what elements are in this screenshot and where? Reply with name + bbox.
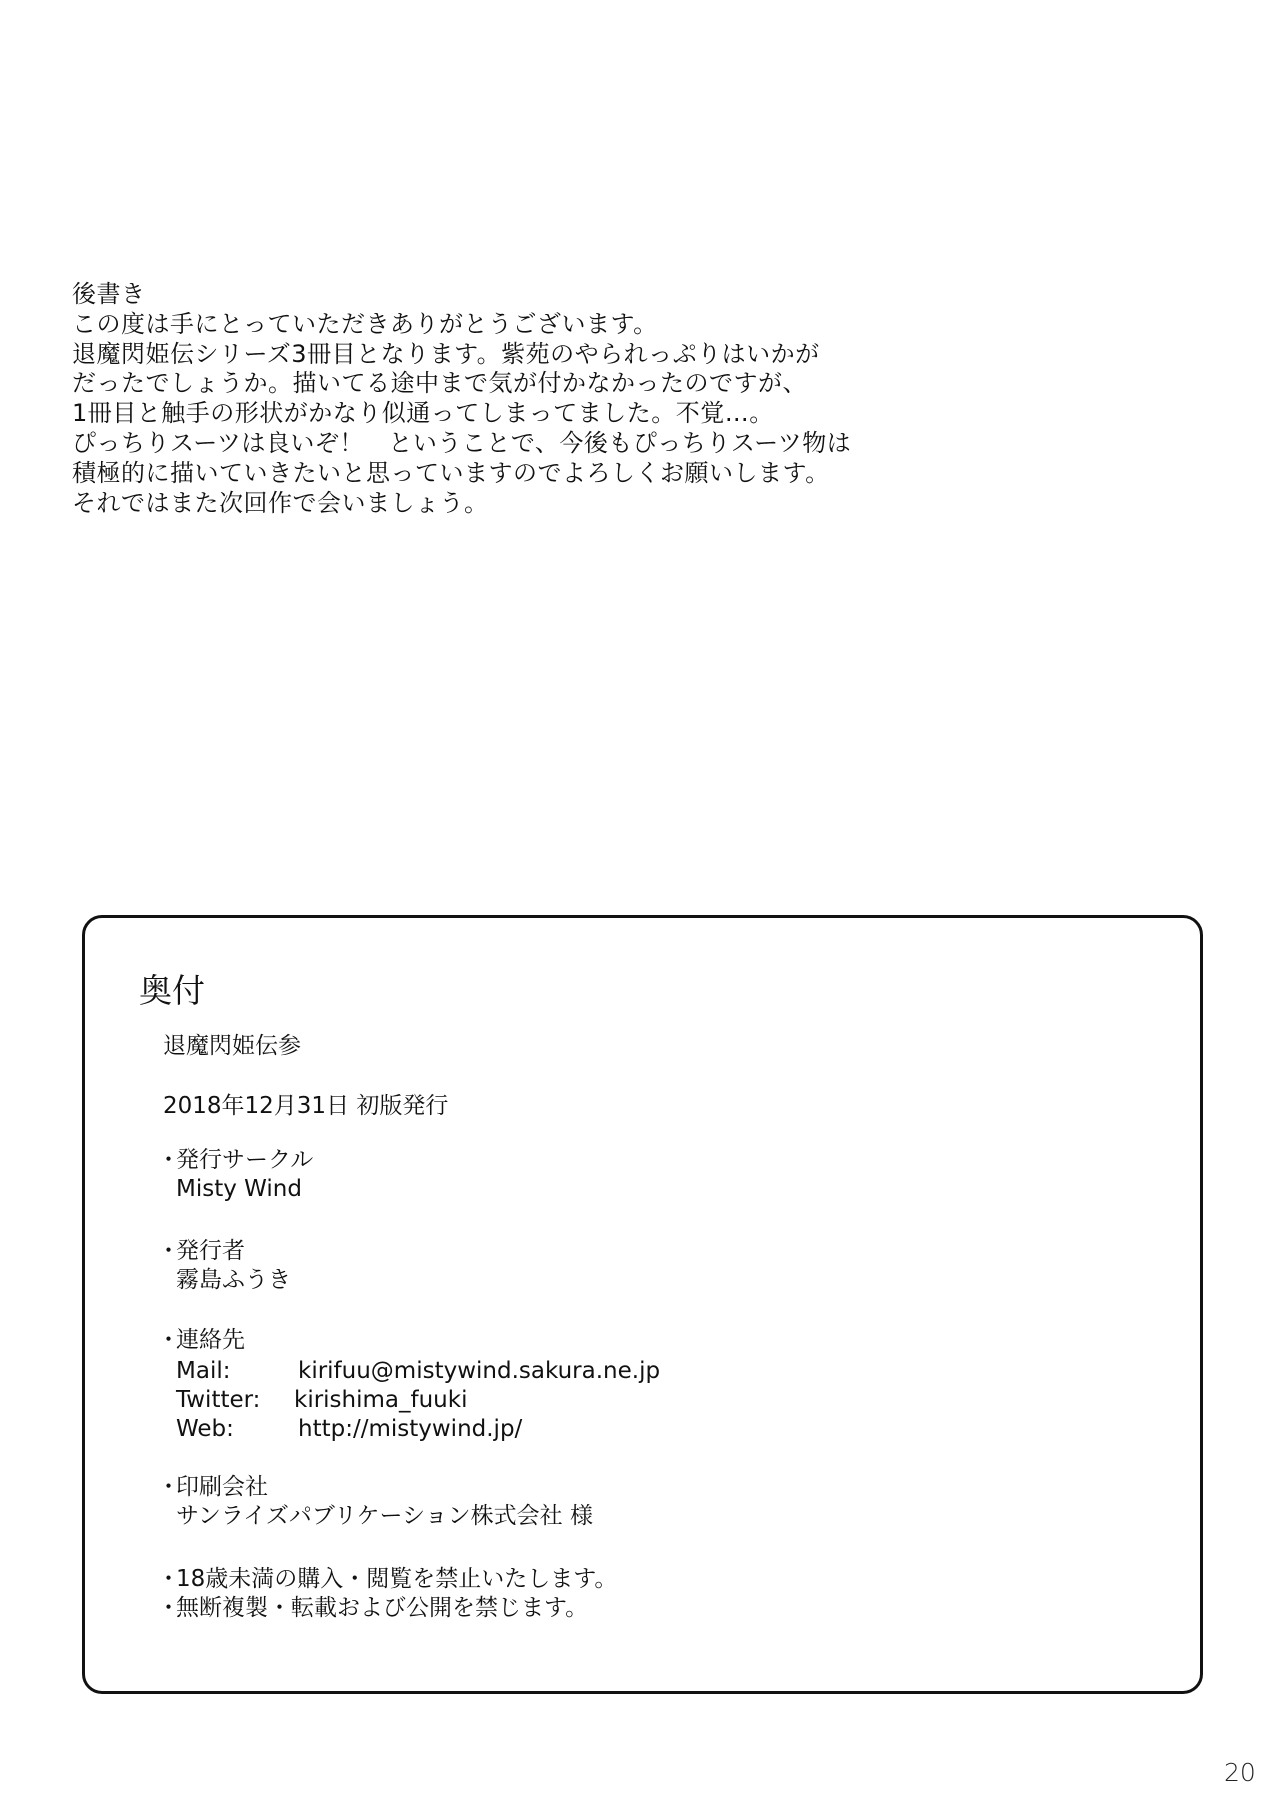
contact-row-twitter: Twitter:kirishima_fuuki (176, 1386, 467, 1415)
afterword-heading: 後書き (72, 280, 851, 310)
afterword-line: 積極的に描いていきたいと思っていますのでよろしくお願いします。 (72, 459, 851, 489)
afterword-line: 退魔閃姫伝シリーズ3冊目となります。紫苑のやられっぷりはいかが (72, 340, 851, 370)
printer-name: サンライズパブリケーション株式会社 様 (176, 1502, 593, 1531)
contact-row-web: Web:http://mistywind.jp/ (176, 1415, 522, 1444)
web-url[interactable]: http://mistywind.jp/ (298, 1416, 522, 1442)
contact-key: Web: (176, 1415, 298, 1444)
notice-text: 18歳未満の購入・閲覧を禁止いたします。 (176, 1565, 617, 1594)
afterword-line: この度は手にとっていただきありがとうございます。 (72, 310, 851, 340)
contact-row-mail: Mail:kirifuu@mistywind.sakura.ne.jp (176, 1357, 660, 1386)
afterword-line: それではまた次回作で会いましょう。 (72, 489, 851, 519)
twitter-handle[interactable]: kirishima_fuuki (294, 1387, 467, 1413)
circle-name: Misty Wind (176, 1175, 302, 1204)
publisher-name: 霧島ふうき (176, 1266, 291, 1295)
page-number: 20 (1224, 1758, 1256, 1787)
afterword-section: 後書き この度は手にとっていただきありがとうございます。 退魔閃姫伝シリーズ3冊… (72, 280, 851, 518)
afterword-line: ぴっちりスーツは良いぞ！ ということで、今後もぴっちりスーツ物は (72, 429, 851, 459)
mail-address[interactable]: kirifuu@mistywind.sakura.ne.jp (298, 1358, 660, 1384)
contact-key: Mail: (176, 1357, 298, 1386)
notice-text: 無断複製・転載および公開を禁じます。 (176, 1594, 588, 1623)
publisher-label: 発行者 (176, 1237, 245, 1266)
colophon-title: 奥付 (139, 965, 205, 1012)
afterword-line: 1冊目と触手の形状がかなり似通ってしまってました。不覚…。 (72, 399, 851, 429)
contact-label: 連絡先 (176, 1326, 245, 1355)
afterword-line: だったでしょうか。描いてる途中まで気が付かなかったのですが、 (72, 369, 851, 399)
contact-key: Twitter: (176, 1386, 294, 1415)
publication-date: 2018年12月31日 初版発行 (163, 1087, 448, 1120)
book-title: 退魔閃姫伝参 (163, 1027, 301, 1060)
printer-label: 印刷会社 (176, 1473, 268, 1502)
circle-label: 発行サークル (176, 1146, 313, 1175)
